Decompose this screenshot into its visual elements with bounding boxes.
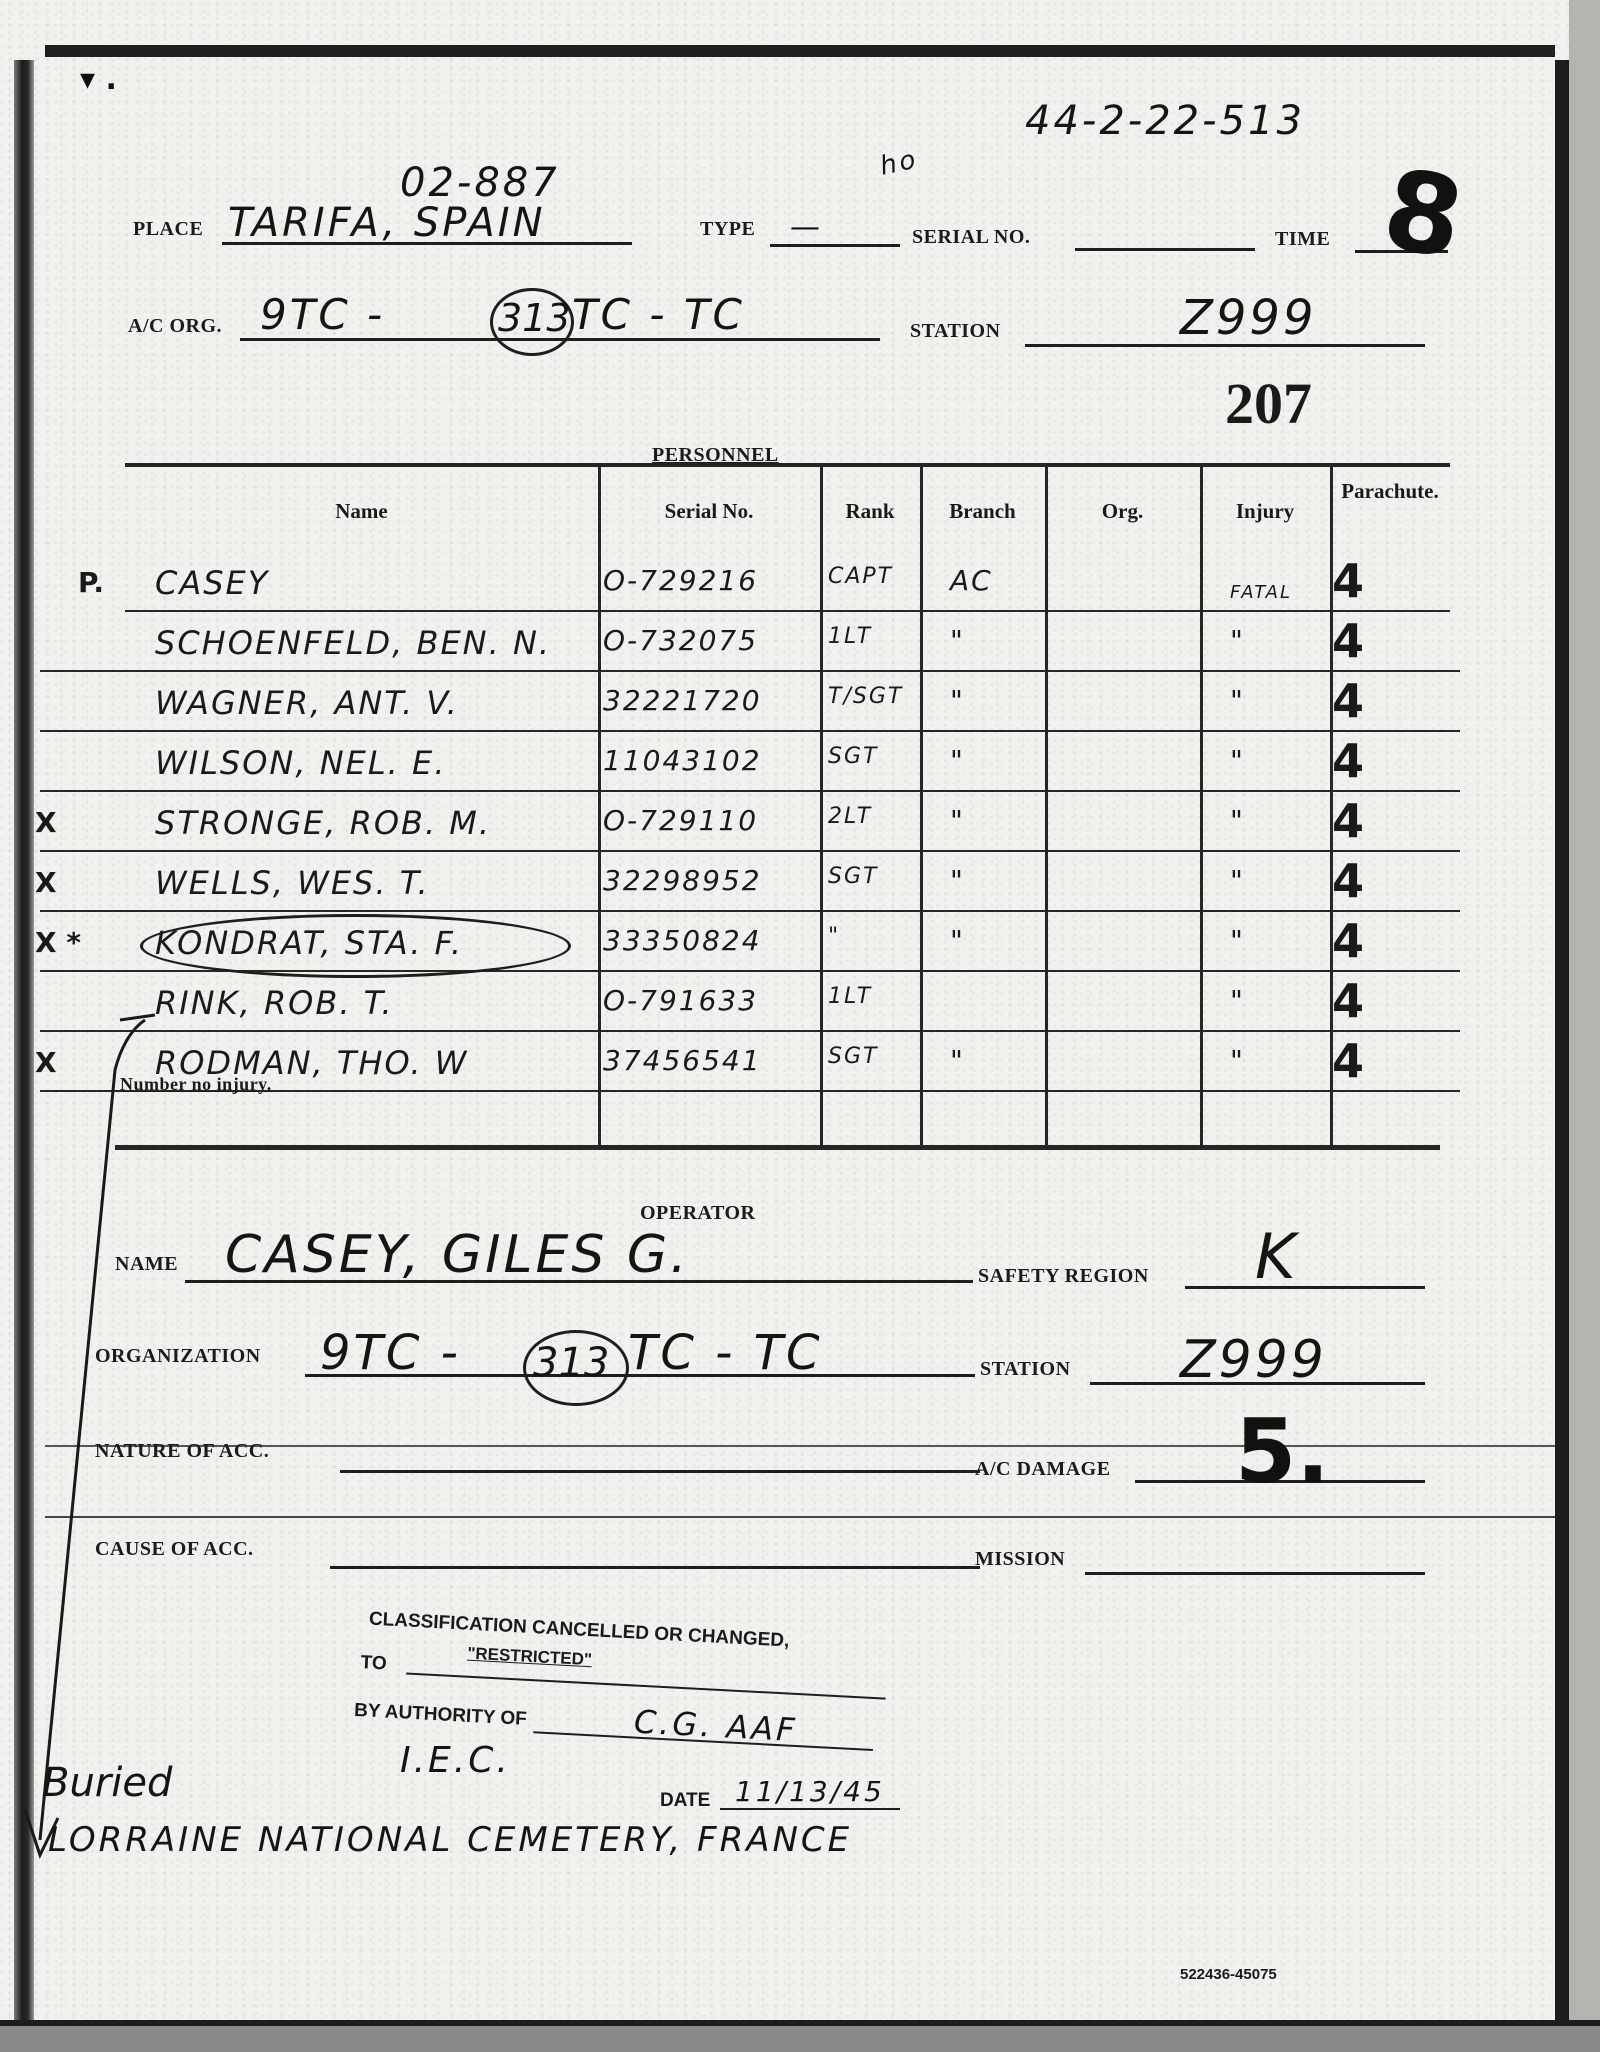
cell-serial: 32298952 xyxy=(603,864,762,897)
safety-region-value: K xyxy=(1255,1220,1299,1293)
station-label: STATION xyxy=(910,320,1001,343)
table-row-divider xyxy=(40,730,1460,732)
cell-name: RINK, ROB. T. xyxy=(155,984,394,1022)
burial-note-line2: LORRAINE NATIONAL CEMETERY, FRANCE xyxy=(48,1820,852,1860)
cell-injury: " xyxy=(1230,744,1245,777)
top-border xyxy=(45,45,1555,57)
cell-name: WAGNER, ANT. V. xyxy=(155,684,459,722)
cell-serial: O-729110 xyxy=(603,804,758,837)
table-row-divider xyxy=(125,610,1450,612)
table-column-divider xyxy=(1200,467,1203,1145)
stamp-initials: I.E.C. xyxy=(400,1740,511,1781)
cell-parachute: 4 xyxy=(1332,554,1364,608)
organization-value-prefix: 9TC - xyxy=(320,1325,461,1381)
scanned-document: ▾ . 44-2-22-513 ho 02-887 PLACE TARIFA, … xyxy=(0,0,1600,2052)
mission-label: MISSION xyxy=(975,1548,1065,1571)
cell-rank: 1LT xyxy=(828,984,872,1009)
cell-parachute: 4 xyxy=(1332,674,1364,728)
stamp-to-label: TO xyxy=(360,1652,387,1675)
table-row-divider xyxy=(40,1030,1460,1032)
cell-branch: " xyxy=(950,864,965,897)
stamp-to-underline xyxy=(406,1673,885,1700)
organization-value-suffix: TC - TC xyxy=(628,1325,823,1381)
cell-injury: " xyxy=(1230,684,1245,717)
operator-name-value: CASEY, GILES G. xyxy=(225,1225,690,1285)
stamp-date-label: DATE xyxy=(660,1790,710,1812)
row-mark: X xyxy=(35,806,57,839)
cell-name: STRONGE, ROB. M. xyxy=(155,804,491,842)
cell-serial: 11043102 xyxy=(603,744,762,777)
ac-org-circled-value: 313 xyxy=(498,296,571,340)
cell-rank: CAPT xyxy=(828,564,893,589)
cell-branch: " xyxy=(950,624,965,657)
cause-of-acc-underline xyxy=(330,1566,980,1569)
cell-rank: 1LT xyxy=(828,624,872,649)
scan-artifact-line xyxy=(45,1516,1555,1518)
stamp-classification-text: CLASSIFICATION CANCELLED OR CHANGED, xyxy=(368,1609,789,1653)
cell-parachute: 4 xyxy=(1332,974,1364,1028)
cell-serial: O-791633 xyxy=(603,984,758,1017)
table-column-divider xyxy=(820,467,823,1145)
ac-damage-value: 5. xyxy=(1235,1400,1330,1503)
cell-serial: 37456541 xyxy=(603,1044,762,1077)
mission-underline xyxy=(1085,1572,1425,1575)
small-mark: ho xyxy=(877,144,921,181)
cell-name: CASEY xyxy=(155,564,269,602)
cell-branch: " xyxy=(950,1044,965,1077)
serial-underline xyxy=(1075,248,1255,251)
page-number: 207 xyxy=(1225,370,1312,437)
cell-branch: " xyxy=(950,744,965,777)
time-label: TIME xyxy=(1275,228,1330,251)
cell-rank: SGT xyxy=(828,744,878,769)
column-header: Org. xyxy=(1045,500,1200,522)
right-border xyxy=(1555,60,1569,2050)
cell-parachute: 4 xyxy=(1332,734,1364,788)
form-code: 522436-45075 xyxy=(1180,1966,1277,1983)
cell-serial: 32221720 xyxy=(603,684,762,717)
row-mark: X * xyxy=(35,926,81,959)
row-mark: P. xyxy=(78,566,104,599)
cell-injury: " xyxy=(1230,804,1245,837)
table-row-divider xyxy=(40,850,1460,852)
stamp-to-value: "RESTRICTED" xyxy=(467,1644,593,1671)
stamp-date-value: 11/13/45 xyxy=(735,1775,885,1808)
cell-branch: " xyxy=(950,684,965,717)
cell-branch: " xyxy=(950,924,965,957)
cell-injury: " xyxy=(1230,1044,1245,1077)
cell-injury: " xyxy=(1230,624,1245,657)
scan-margin xyxy=(1569,0,1600,2052)
stray-mark: ▾ . xyxy=(80,62,117,97)
organization-circled-value: 313 xyxy=(533,1340,609,1386)
ac-org-value-suffix: TC - TC xyxy=(572,290,745,339)
table-bottom-rule xyxy=(115,1145,1440,1150)
cell-injury: " xyxy=(1230,984,1245,1017)
cell-parachute: 4 xyxy=(1332,794,1364,848)
column-header: Branch xyxy=(920,500,1045,522)
type-label: TYPE xyxy=(700,218,755,241)
table-column-divider xyxy=(920,467,923,1145)
stamp-date-underline xyxy=(720,1808,900,1810)
table-row-divider xyxy=(40,910,1460,912)
cell-serial: O-729216 xyxy=(603,564,758,597)
column-header: Serial No. xyxy=(598,500,820,522)
cell-injury: " xyxy=(1230,924,1245,957)
ac-org-value-prefix: 9TC - xyxy=(260,290,385,339)
cell-serial: 33350824 xyxy=(603,924,762,957)
cell-rank: SGT xyxy=(828,864,878,889)
column-header: Parachute. xyxy=(1330,480,1450,502)
burial-note-line1: Buried xyxy=(42,1760,172,1806)
operator-section-title: OPERATOR xyxy=(640,1202,756,1225)
table-row-divider xyxy=(40,790,1460,792)
cell-serial: O-732075 xyxy=(603,624,758,657)
cell-rank: " xyxy=(828,924,840,949)
cell-name: WILSON, NEL. E. xyxy=(155,744,446,782)
ac-org-label: A/C ORG. xyxy=(128,315,222,338)
column-header: Rank xyxy=(820,500,920,522)
cell-parachute: 4 xyxy=(1332,854,1364,908)
name-circle-annotation xyxy=(140,914,571,978)
column-header: Name xyxy=(125,500,598,522)
operator-station-value: Z999 xyxy=(1180,1330,1327,1390)
stamp-authority-value: C.G. AAF xyxy=(633,1703,799,1750)
cell-parachute: 4 xyxy=(1332,614,1364,668)
cell-name: WELLS, WES. T. xyxy=(155,864,430,902)
time-value: 8 xyxy=(1374,144,1472,283)
cell-branch: AC xyxy=(950,564,993,597)
cell-injury: " xyxy=(1230,864,1245,897)
place-value: TARIFA, SPAIN xyxy=(228,200,546,246)
serial-label: SERIAL NO. xyxy=(912,226,1030,249)
type-value: — xyxy=(790,210,823,245)
cell-parachute: 4 xyxy=(1332,914,1364,968)
cell-branch: " xyxy=(950,804,965,837)
arrow-annotation-icon xyxy=(20,1010,160,1870)
place-label: PLACE xyxy=(133,218,203,241)
row-mark: X xyxy=(35,866,57,899)
cell-rank: T/SGT xyxy=(828,684,903,709)
cell-rank: SGT xyxy=(828,1044,878,1069)
ac-damage-label: A/C DAMAGE xyxy=(975,1458,1111,1481)
table-row-divider xyxy=(40,670,1460,672)
table-column-divider xyxy=(598,467,601,1145)
table-column-divider xyxy=(1045,467,1048,1145)
cell-parachute: 4 xyxy=(1332,1034,1364,1088)
cell-injury: FATAL xyxy=(1230,582,1292,603)
station-value: Z999 xyxy=(1180,290,1317,346)
nature-of-acc-underline xyxy=(340,1470,980,1473)
column-header: Injury xyxy=(1200,500,1330,522)
safety-region-underline xyxy=(1185,1286,1425,1289)
cell-name: SCHOENFELD, BEN. N. xyxy=(155,624,551,662)
cell-rank: 2LT xyxy=(828,804,872,829)
file-number: 44-2-22-513 xyxy=(1025,98,1305,144)
stamp-authority-label: BY AUTHORITY OF xyxy=(354,1700,528,1731)
table-top-rule xyxy=(125,463,1450,467)
safety-region-label: SAFETY REGION xyxy=(978,1265,1149,1288)
bottom-border xyxy=(0,2020,1600,2052)
operator-station-label: STATION xyxy=(980,1358,1071,1381)
